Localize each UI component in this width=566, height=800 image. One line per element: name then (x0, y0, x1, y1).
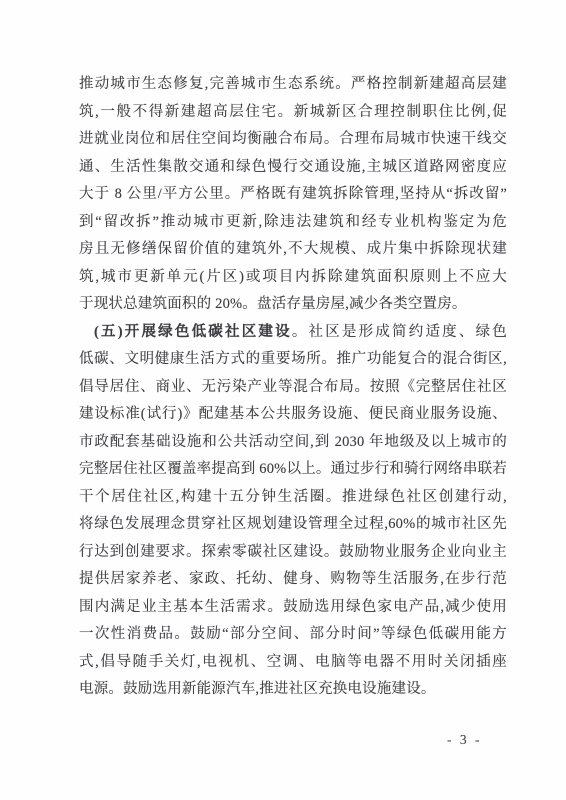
document-page: 推动城市生态修复,完善城市生态系统。严格控制新建超高层建 筑,一般不得新建超高层… (0, 0, 566, 800)
text-line: 进就业岗位和居住空间均衡融合布局。合理布局城市快速干线交 (79, 126, 507, 154)
text-line: 一次性消费品。鼓励“部分空间、部分时间”等绿色低碳用能方 (79, 621, 507, 649)
text-line: 行达到创建要求。探索零碳社区建设。鼓励物业服务企业向业主 (79, 539, 507, 567)
text-line: 筑,城市更新单元(片区)或项目内拆除建筑面积原则上不应大 (79, 264, 507, 292)
text-line: 筑,一般不得新建超高层住宅。新城新区合理控制职住比例,促 (79, 99, 507, 127)
text-line: (五)开展绿色低碳社区建设。社区是形成简约适度、绿色 (79, 319, 507, 347)
text-line: 干个居住社区,构建十五分钟生活圈。推进绿色社区创建行动, (79, 484, 507, 512)
text-line: 围内满足业主基本生活需求。鼓励选用绿色家电产品,减少使用 (79, 594, 507, 622)
text-line: 市政配套基础设施和公共活动空间,到 2030 年地级及以上城市的 (79, 429, 507, 457)
text-line: 大于 8 公里/平方公里。严格既有建筑拆除管理,坚持从“拆改留” (79, 181, 507, 209)
text-line: 建设标准(试行)》配建基本公共服务设施、便民商业服务设施、 (79, 401, 507, 429)
section-heading: (五)开展绿色低碳社区建设 (94, 324, 292, 340)
text-line: 房且无修缮保留价值的建筑外,不大规模、成片集中拆除现状建 (79, 236, 507, 264)
text-line: 提供居家养老、家政、托幼、健身、购物等生活服务,在步行范 (79, 566, 507, 594)
text-line: 到“留改拆”推动城市更新,除违法建筑和经专业机构鉴定为危 (79, 209, 507, 237)
text-line: 电源。鼓励选用新能源汽车,推进社区充换电设施建设。 (79, 676, 507, 704)
text-line: 低碳、文明健康生活方式的重要场所。推广功能复合的混合街区, (79, 346, 507, 374)
text-line: 于现状总建筑面积的 20%。盘活存量房屋,减少各类空置房。 (79, 291, 507, 319)
text-line: 推动城市生态修复,完善城市生态系统。严格控制新建超高层建 (79, 71, 507, 99)
page-number: - 3 - (447, 730, 482, 750)
text-run: 。社区是形成简约适度、绿色 (292, 324, 507, 340)
document-body: 推动城市生态修复,完善城市生态系统。严格控制新建超高层建 筑,一般不得新建超高层… (79, 71, 507, 704)
text-line: 倡导居住、商业、无污染产业等混合布局。按照《完整居住社区 (79, 374, 507, 402)
text-line: 通、生活性集散交通和绿色慢行交通设施,主城区道路网密度应 (79, 154, 507, 182)
text-line: 式,倡导随手关灯,电视机、空调、电脑等电器不用时关闭插座 (79, 649, 507, 677)
text-line: 完整居住社区覆盖率提高到 60%以上。通过步行和骑行网络串联若 (79, 456, 507, 484)
text-line: 将绿色发展理念贯穿社区规划建设管理全过程,60%的城市社区先 (79, 511, 507, 539)
